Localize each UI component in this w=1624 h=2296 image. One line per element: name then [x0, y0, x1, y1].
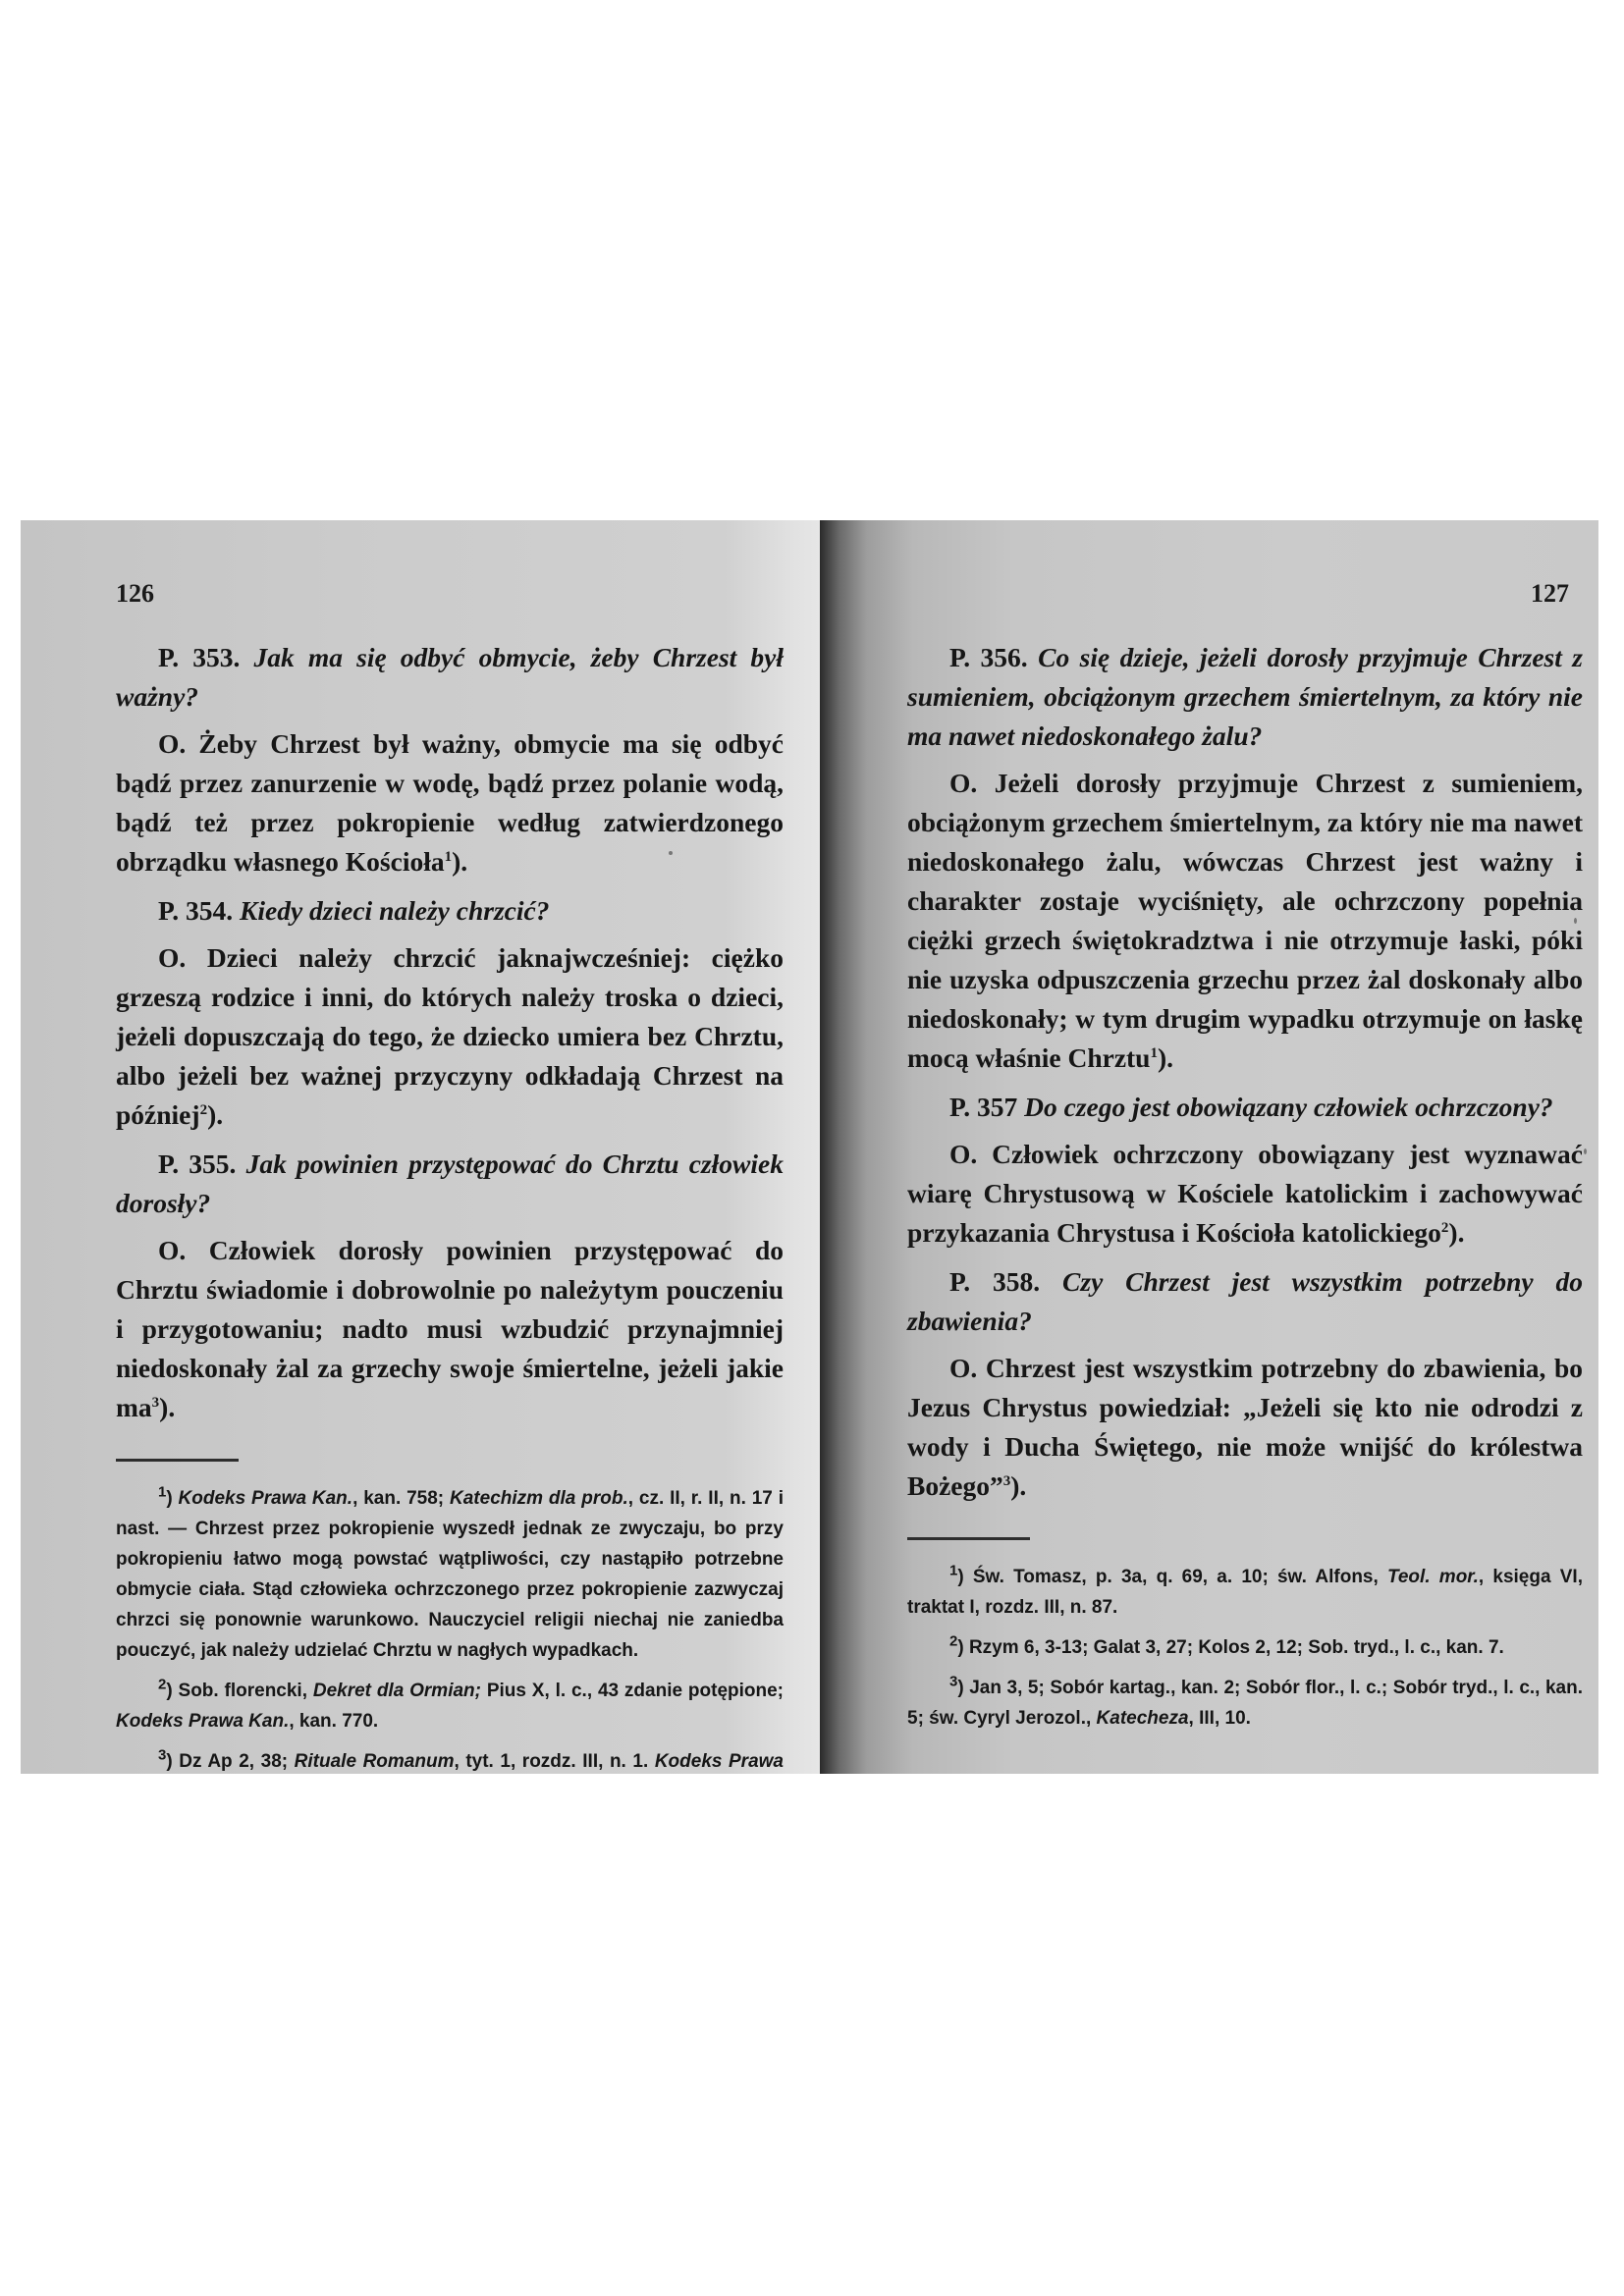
question-number: P. 356.	[949, 642, 1028, 672]
footnote-text: Katecheza	[1097, 1708, 1189, 1729]
question-text: Kiedy dzieci należy chrzcić?	[240, 895, 549, 926]
answer-text: O. Dzieci należy chrzcić jaknajwcześniej…	[116, 942, 784, 1130]
answer: O. Chrzest jest wszystkim potrzebny do z…	[907, 1349, 1583, 1506]
question: P. 355. Jak powinien przystępować do Chr…	[116, 1145, 784, 1223]
footnote-text: , kan. 770.	[289, 1711, 378, 1732]
footnote-text: Pius X, l. c., 43 zdanie potępione;	[481, 1681, 784, 1701]
footnote-text: , cz. II, r. II, n. 17 i nast. — Chrzest…	[116, 1488, 784, 1661]
footnote-text: Rituale Romanum	[295, 1751, 455, 1772]
answer-text: O. Człowiek ochrzczony obowiązany jest w…	[907, 1139, 1583, 1248]
answer: O. Dzieci należy chrzcić jaknajwcześniej…	[116, 938, 784, 1135]
question: P. 354. Kiedy dzieci należy chrzcić?	[116, 891, 784, 931]
footnote-separator	[116, 1459, 239, 1462]
answer: O. Człowiek ochrzczony obowiązany jest w…	[907, 1135, 1583, 1253]
footnote-text: Sob. florencki,	[179, 1681, 313, 1701]
footnote-ref: 3	[152, 1395, 160, 1411]
footnote-mark: 3	[949, 1674, 957, 1690]
left-page: 126 P. 353. Jak ma się odbyć obmycie, że…	[21, 520, 820, 1774]
question-text: Do czego jest obowiązany człowiek ochrzc…	[1024, 1092, 1553, 1122]
footnote: 2) Sob. florencki, Dekret dla Ormian; Pi…	[116, 1676, 784, 1736]
footnote-mark: 2	[949, 1633, 957, 1650]
question: P. 358. Czy Chrzest jest wszystkim potrz…	[907, 1262, 1583, 1341]
answer-text: O. Jeżeli dorosły przyjmuje Chrzest z su…	[907, 768, 1583, 1073]
footnote-ref: 2	[200, 1102, 208, 1118]
footnote: 3) Jan 3, 5; Sobór kartag., kan. 2; Sobó…	[907, 1673, 1583, 1734]
footnote-separator	[907, 1537, 1030, 1540]
page-number: 127	[1531, 579, 1569, 609]
page-number: 126	[116, 579, 154, 609]
footnote-mark: 3	[158, 1747, 166, 1764]
left-page-body: P. 353. Jak ma się odbyć obmycie, żeby C…	[116, 638, 784, 1774]
answer: O. Człowiek dorosły powinien przystępowa…	[116, 1231, 784, 1427]
footnote-text: Rzym 6, 3-13; Galat 3, 27; Kolos 2, 12; …	[969, 1637, 1504, 1658]
footnote-mark: 2	[158, 1677, 166, 1693]
scan-speck	[1584, 1148, 1587, 1154]
question-number: P. 358.	[949, 1266, 1040, 1297]
footnote: 2) Rzym 6, 3-13; Galat 3, 27; Kolos 2, 1…	[907, 1632, 1583, 1663]
footnote-text: , tyt. 1, rozdz. III, n. 1.	[454, 1751, 654, 1772]
footnote: 3) Dz Ap 2, 38; Rituale Romanum, tyt. 1,…	[116, 1746, 784, 1774]
answer: O. Jeżeli dorosły przyjmuje Chrzest z su…	[907, 764, 1583, 1078]
footnote-text: Dekret dla Ormian;	[313, 1681, 481, 1701]
right-page: 127 P. 356. Co się dzieje, jeżeli dorosł…	[820, 520, 1598, 1774]
answer-text: O. Człowiek dorosły powinien przystępowa…	[116, 1235, 784, 1422]
footnote-text: , III, 10.	[1189, 1708, 1251, 1729]
footnote-ref: 1	[445, 849, 453, 865]
footnote-text: Katechizm dla prob.	[450, 1488, 628, 1509]
question-number: P. 353.	[158, 642, 240, 672]
footnote-ref: 2	[1441, 1220, 1449, 1236]
footnote-ref: 1	[1150, 1045, 1158, 1061]
question: P. 357 Do czego jest obowiązany człowiek…	[907, 1088, 1583, 1127]
footnote-ref: 3	[1003, 1473, 1011, 1489]
question: P. 356. Co się dzieje, jeżeli dorosły pr…	[907, 638, 1583, 756]
footnote: 1) Św. Tomasz, p. 3a, q. 69, a. 10; św. …	[907, 1562, 1583, 1623]
footnote-text: Teol. mor.	[1387, 1567, 1479, 1587]
footnote-text: Św. Tomasz, p. 3a, q. 69, a. 10; św. Alf…	[973, 1567, 1387, 1587]
question-number: P. 357	[949, 1092, 1017, 1122]
question: P. 353. Jak ma się odbyć obmycie, żeby C…	[116, 638, 784, 717]
footnote-text: , kan. 758;	[352, 1488, 450, 1509]
footnote-mark: 1	[158, 1484, 166, 1501]
question-number: P. 355.	[158, 1148, 236, 1179]
right-page-body: P. 356. Co się dzieje, jeżeli dorosły pr…	[907, 638, 1583, 1743]
question-number: P. 354.	[158, 895, 233, 926]
book-scan: 126 P. 353. Jak ma się odbyć obmycie, że…	[21, 520, 1598, 1774]
footnote-text: Kodeks Prawa Kan.	[116, 1711, 289, 1732]
footnote: 1) Kodeks Prawa Kan., kan. 758; Katechiz…	[116, 1483, 784, 1666]
scan-speck	[1574, 918, 1577, 924]
answer: O. Żeby Chrzest był ważny, obmycie ma si…	[116, 724, 784, 881]
footnote-text: Dz Ap 2, 38;	[179, 1751, 294, 1772]
scan-speck	[669, 851, 673, 855]
footnote-text: Kodeks Prawa Kan.	[179, 1488, 353, 1509]
footnote-mark: 1	[949, 1563, 957, 1579]
